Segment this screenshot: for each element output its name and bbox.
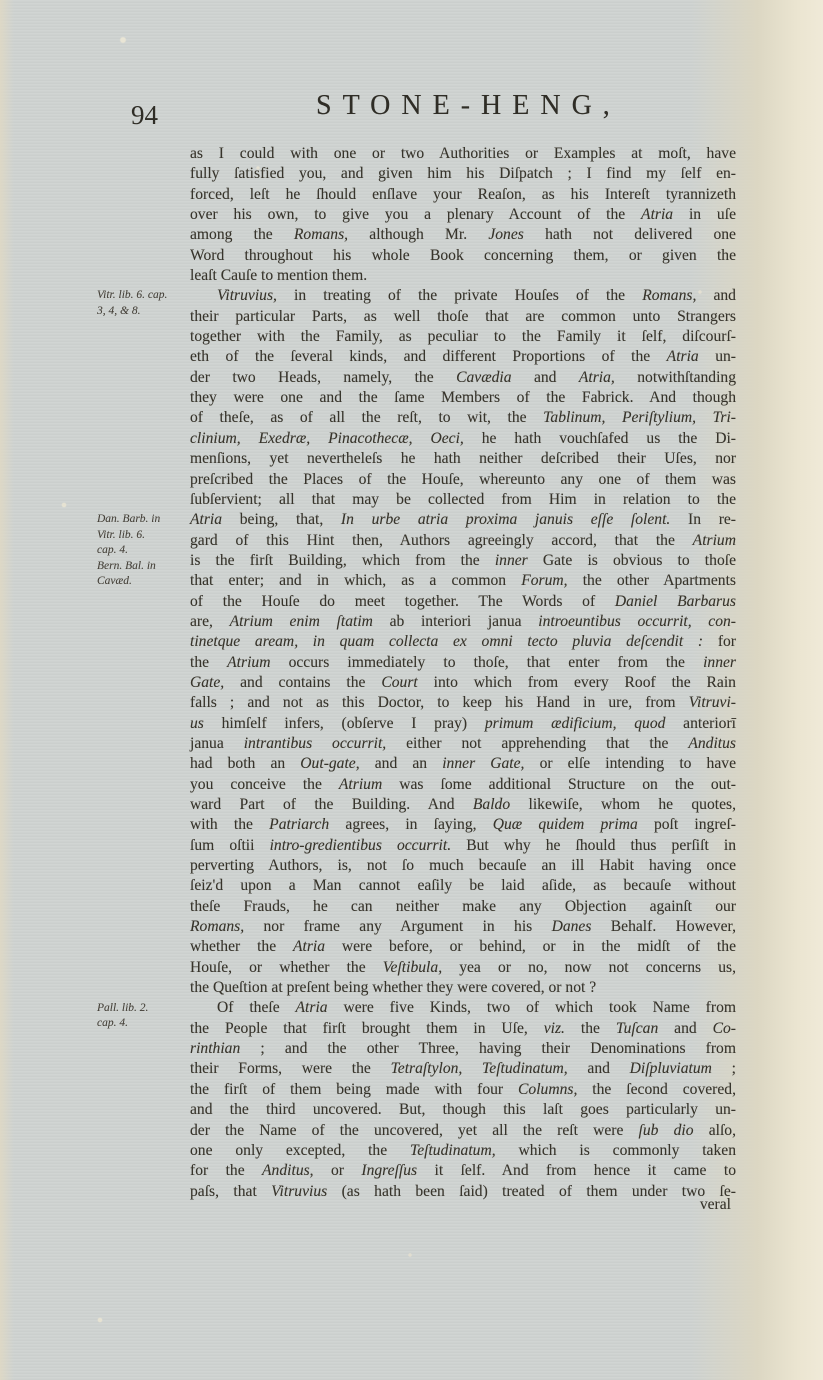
text-line: over his own, to give you a plenary Acco… (190, 205, 736, 225)
text-line: Vitruvius, in treating of the private Ho… (190, 286, 736, 306)
text-line: Houſe, or whether the Veſtibula, yea or … (190, 958, 736, 978)
text-line: Of theſe Atria were five Kinds, two of w… (190, 998, 736, 1018)
margin-note-line: cap. 4. (97, 1016, 189, 1032)
text-line: der the Name of the uncovered, yet all t… (190, 1121, 736, 1141)
text-line: the Atrium occurs immediately to thoſe, … (190, 653, 736, 673)
text-line: is the firſt Building, which from the in… (190, 551, 736, 571)
text-line: are, Atrium enim ſtatim ab interiori jan… (190, 612, 736, 632)
text-line: ward Part of the Building. And Baldo lik… (190, 795, 736, 815)
text-line: for the Anditus, or Ingreſſus it ſelf. A… (190, 1161, 736, 1181)
margin-note-line: Cavæd. (97, 574, 189, 590)
text-line: their particular Parts, as well thoſe th… (190, 307, 736, 327)
text-line: as I could with one or two Authorities o… (190, 144, 736, 164)
text-line: falls ; and not as this Doctor, to keep … (190, 693, 736, 713)
margin-note-line: 3, 4, & 8. (97, 304, 189, 320)
text-line: menſions, yet nevertheleſs he hath neith… (190, 449, 736, 469)
text-line: perverting Authors, is, not ſo much beca… (190, 856, 736, 876)
text-line: rinthian ; and the other Three, having t… (190, 1039, 736, 1059)
text-line: clinium, Exedræ, Pinacothecæ, Oeci, he h… (190, 429, 736, 449)
text-line: preſcribed the Places of the Houſe, wher… (190, 470, 736, 490)
margin-note-line: cap. 4. (97, 543, 189, 559)
text-line: ſum oſtii intro-gredientibus occurrit. B… (190, 836, 736, 856)
margin-note-line: Pall. lib. 2. (97, 1001, 189, 1017)
text-line: they were one and the ſame Members of th… (190, 388, 736, 408)
margin-notes: Vitr. lib. 6. cap.3, 4, & 8.Dan. Barb. i… (0, 0, 190, 1380)
margin-note-line: Vitr. lib. 6. cap. (97, 288, 189, 304)
margin-note: Pall. lib. 2.cap. 4. (97, 1001, 189, 1032)
catchword: veral (700, 1196, 731, 1214)
text-line: ſubſervient; all that may be collected f… (190, 490, 736, 510)
text-line: us himſelf infers, (obſerve I pray) prim… (190, 714, 736, 734)
text-line: Atria being, that, In urbe atria proxima… (190, 510, 736, 530)
text-line: Word throughout his whole Book concernin… (190, 246, 736, 266)
text-line: paſs, that Vitruvius (as hath been ſaid)… (190, 1182, 736, 1202)
text-line: had both an Out-gate, and an inner Gate,… (190, 754, 736, 774)
text-line: ſeiz'd upon a Man cannot eaſily be laid … (190, 876, 736, 896)
text-line: whether the Atria were before, or behind… (190, 937, 736, 957)
text-line: you conceive the Atrium was ſome additio… (190, 775, 736, 795)
text-line: the Queſtion at preſent being whether th… (190, 978, 736, 998)
text-line: forced, leſt he ſhould enſlave your Reaſ… (190, 185, 736, 205)
text-line: their Forms, were the Tetraſtylon, Teſtu… (190, 1059, 736, 1079)
text-line: leaſt Cauſe to mention them. (190, 266, 736, 286)
text-line: eth of the ſeveral kinds, and different … (190, 347, 736, 367)
text-line: Romans, nor frame any Argument in his Da… (190, 917, 736, 937)
text-line: the firſt of them being made with four C… (190, 1080, 736, 1100)
text-line: with the Patriarch agrees, in ſaying, Qu… (190, 815, 736, 835)
text-line: one only excepted, the Teſtudinatum, whi… (190, 1141, 736, 1161)
text-line: of the Houſe do meet together. The Words… (190, 592, 736, 612)
book-page: 94 STONE-HENG, Vitr. lib. 6. cap.3, 4, &… (0, 0, 823, 1380)
text-line: tinetque aream, in quam collecta ex omni… (190, 632, 736, 652)
margin-note-line: Dan. Barb. in (97, 512, 189, 528)
text-line: of theſe, as of all the reſt, to wit, th… (190, 408, 736, 428)
margin-note: Dan. Barb. inVitr. lib. 6.cap. 4.Bern. B… (97, 512, 189, 590)
text-line: among the Romans, although Mr. Jones hat… (190, 225, 736, 245)
margin-note-line: Bern. Bal. in (97, 559, 189, 575)
margin-note: Vitr. lib. 6. cap.3, 4, & 8. (97, 288, 189, 319)
margin-note-line: Vitr. lib. 6. (97, 528, 189, 544)
text-line: that enter; and in which, as a common Fo… (190, 571, 736, 591)
text-line: der two Heads, namely, the Cavædia and A… (190, 368, 736, 388)
text-line: theſe Frauds, he can neither make any Ob… (190, 897, 736, 917)
text-line: gard of this Hint then, Authors agreeing… (190, 531, 736, 551)
body-text: as I could with one or two Authorities o… (190, 144, 736, 1202)
text-line: Gate, and contains the Court into which … (190, 673, 736, 693)
text-line: fully ſatisfied you, and given him his D… (190, 164, 736, 184)
running-title: STONE-HENG, (316, 90, 621, 122)
text-line: the People that firſt brought them in Uſ… (190, 1019, 736, 1039)
text-line: together with the Family, as peculiar to… (190, 327, 736, 347)
text-line: and the third uncovered. But, though thi… (190, 1100, 736, 1120)
text-line: janua intrantibus occurrit, either not a… (190, 734, 736, 754)
